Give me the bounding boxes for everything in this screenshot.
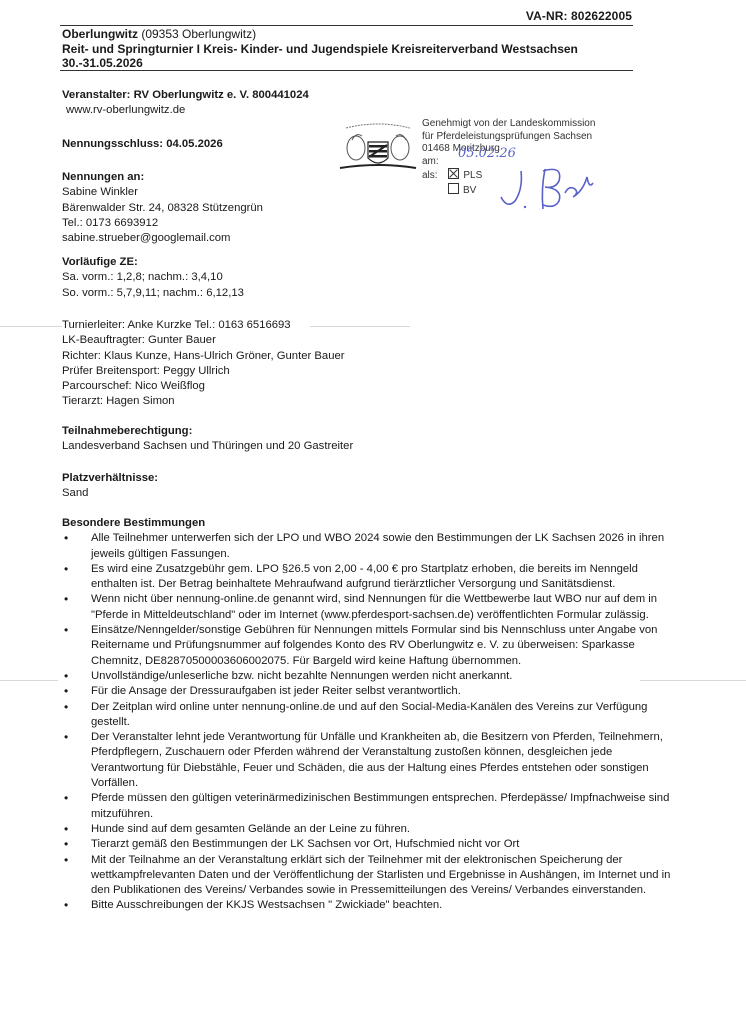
- official-tournament-director: Turnierleiter: Anke Kurzke Tel.: 0163 65…: [62, 318, 345, 333]
- official-judges: Richter: Klaus Kunze, Hans-Ulrich Gröner…: [62, 349, 345, 364]
- rule-item: Alle Teilnehmer unterwerfen sich der LPO…: [62, 531, 676, 562]
- event-title: Reit- und Springturnier I Kreis- Kinder-…: [62, 42, 578, 57]
- event-place-postcode: (09353 Oberlungwitz): [138, 27, 256, 41]
- rule-item: Hunde sind auf dem gesamten Gelände an d…: [62, 822, 676, 837]
- approval-stamp: Genehmigt von der Landeskommission für P…: [338, 118, 628, 208]
- contact-name: Sabine Winkler: [62, 185, 263, 200]
- event-place: Oberlungwitz: [62, 27, 138, 41]
- scanned-document-page: VA-NR: 802622005 Oberlungwitz (09353 Obe…: [0, 0, 746, 1024]
- va-number: VA-NR: 802622005: [526, 9, 632, 23]
- schedule-saturday: Sa. vorm.: 1,2,8; nachm.: 3,4,10: [62, 270, 244, 285]
- special-rules-heading: Besondere Bestimmungen: [62, 516, 676, 531]
- rule-item: Mit der Teilnahme an der Veranstaltung e…: [62, 853, 676, 899]
- stamp-line-1: Genehmigt von der Landeskommission: [422, 118, 595, 131]
- ground-heading: Platzverhältnisse:: [62, 471, 158, 486]
- official-course-designer: Parcourschef: Nico Weißflog: [62, 379, 345, 394]
- schedule-section: Vorläufige ZE: Sa. vorm.: 1,2,8; nachm.:…: [62, 255, 244, 301]
- officials-section: Turnierleiter: Anke Kurzke Tel.: 0163 65…: [62, 318, 345, 410]
- rule-item: Wenn nicht über nennung-online.de genann…: [62, 592, 676, 623]
- scan-artifact: [640, 680, 746, 681]
- rule-item: Der Veranstalter lehnt jede Verantwortun…: [62, 730, 676, 791]
- eligibility-text: Landesverband Sachsen und Thüringen und …: [62, 439, 353, 454]
- contact-phone: Tel.: 0173 6693912: [62, 216, 263, 231]
- special-rules-section: Besondere Bestimmungen Alle Teilnehmer u…: [62, 516, 676, 914]
- entries-contact-section: Nennungen an: Sabine Winkler Bärenwalder…: [62, 170, 263, 246]
- entry-deadline: Nennungsschluss: 04.05.2026: [62, 137, 223, 152]
- official-veterinarian: Tierarzt: Hagen Simon: [62, 394, 345, 409]
- contact-address: Bärenwalder Str. 24, 08328 Stützengrün: [62, 201, 263, 216]
- event-header: Oberlungwitz (09353 Oberlungwitz) Reit- …: [62, 27, 578, 71]
- rule-item: Für die Ansage der Dressuraufgaben ist j…: [62, 684, 676, 699]
- scan-artifact: [0, 680, 58, 681]
- rule-item: Einsätze/Nenngelder/sonstige Gebühren fü…: [62, 623, 676, 669]
- contact-email[interactable]: sabine.strueber@googlemail.com: [62, 231, 263, 246]
- rule-item: Pferde müssen den gültigen veterinärmedi…: [62, 791, 676, 822]
- ground-text: Sand: [62, 486, 158, 501]
- entries-heading: Nennungen an:: [62, 170, 263, 185]
- stamp-line-2: für Pferdeleistungsprüfungen Sachsen: [422, 131, 595, 144]
- schedule-heading: Vorläufige ZE:: [62, 255, 244, 270]
- official-lk-representative: LK-Beauftragter: Gunter Bauer: [62, 333, 345, 348]
- rule-item: Tierarzt gemäß den Bestimmungen der LK S…: [62, 837, 676, 852]
- ground-section: Platzverhältnisse: Sand: [62, 471, 158, 502]
- event-location: Oberlungwitz (09353 Oberlungwitz): [62, 27, 578, 42]
- handwritten-signature-icon: [433, 143, 633, 218]
- scan-artifact: [0, 326, 62, 327]
- eligibility-section: Teilnahmeberechtigung: Landesverband Sac…: [62, 424, 353, 455]
- organizer-website[interactable]: www.rv-oberlungwitz.de: [62, 103, 309, 118]
- header-bottom-rule: [60, 70, 633, 71]
- rule-item: Der Zeitplan wird online unter nennung-o…: [62, 700, 676, 731]
- rule-item: Es wird eine Zusatzgebühr gem. LPO §26.5…: [62, 562, 676, 593]
- rule-item: Unvollständige/unleserliche bzw. nicht b…: [62, 669, 676, 684]
- schedule-sunday: So. vorm.: 5,7,9,11; nachm.: 6,12,13: [62, 286, 244, 301]
- official-breitensport-examiner: Prüfer Breitensport: Peggy Ullrich: [62, 364, 345, 379]
- rule-item: Bitte Ausschreibungen der KKJS Westsachs…: [62, 898, 676, 913]
- saxony-coat-of-arms-icon: [338, 118, 418, 180]
- special-rules-list: Alle Teilnehmer unterwerfen sich der LPO…: [62, 531, 676, 913]
- organizer-label: Veranstalter: RV Oberlungwitz e. V. 8004…: [62, 88, 309, 103]
- eligibility-heading: Teilnahmeberechtigung:: [62, 424, 353, 439]
- event-dates: 30.-31.05.2026: [62, 56, 578, 71]
- header-top-rule: [60, 25, 633, 26]
- organizer-section: Veranstalter: RV Oberlungwitz e. V. 8004…: [62, 88, 309, 119]
